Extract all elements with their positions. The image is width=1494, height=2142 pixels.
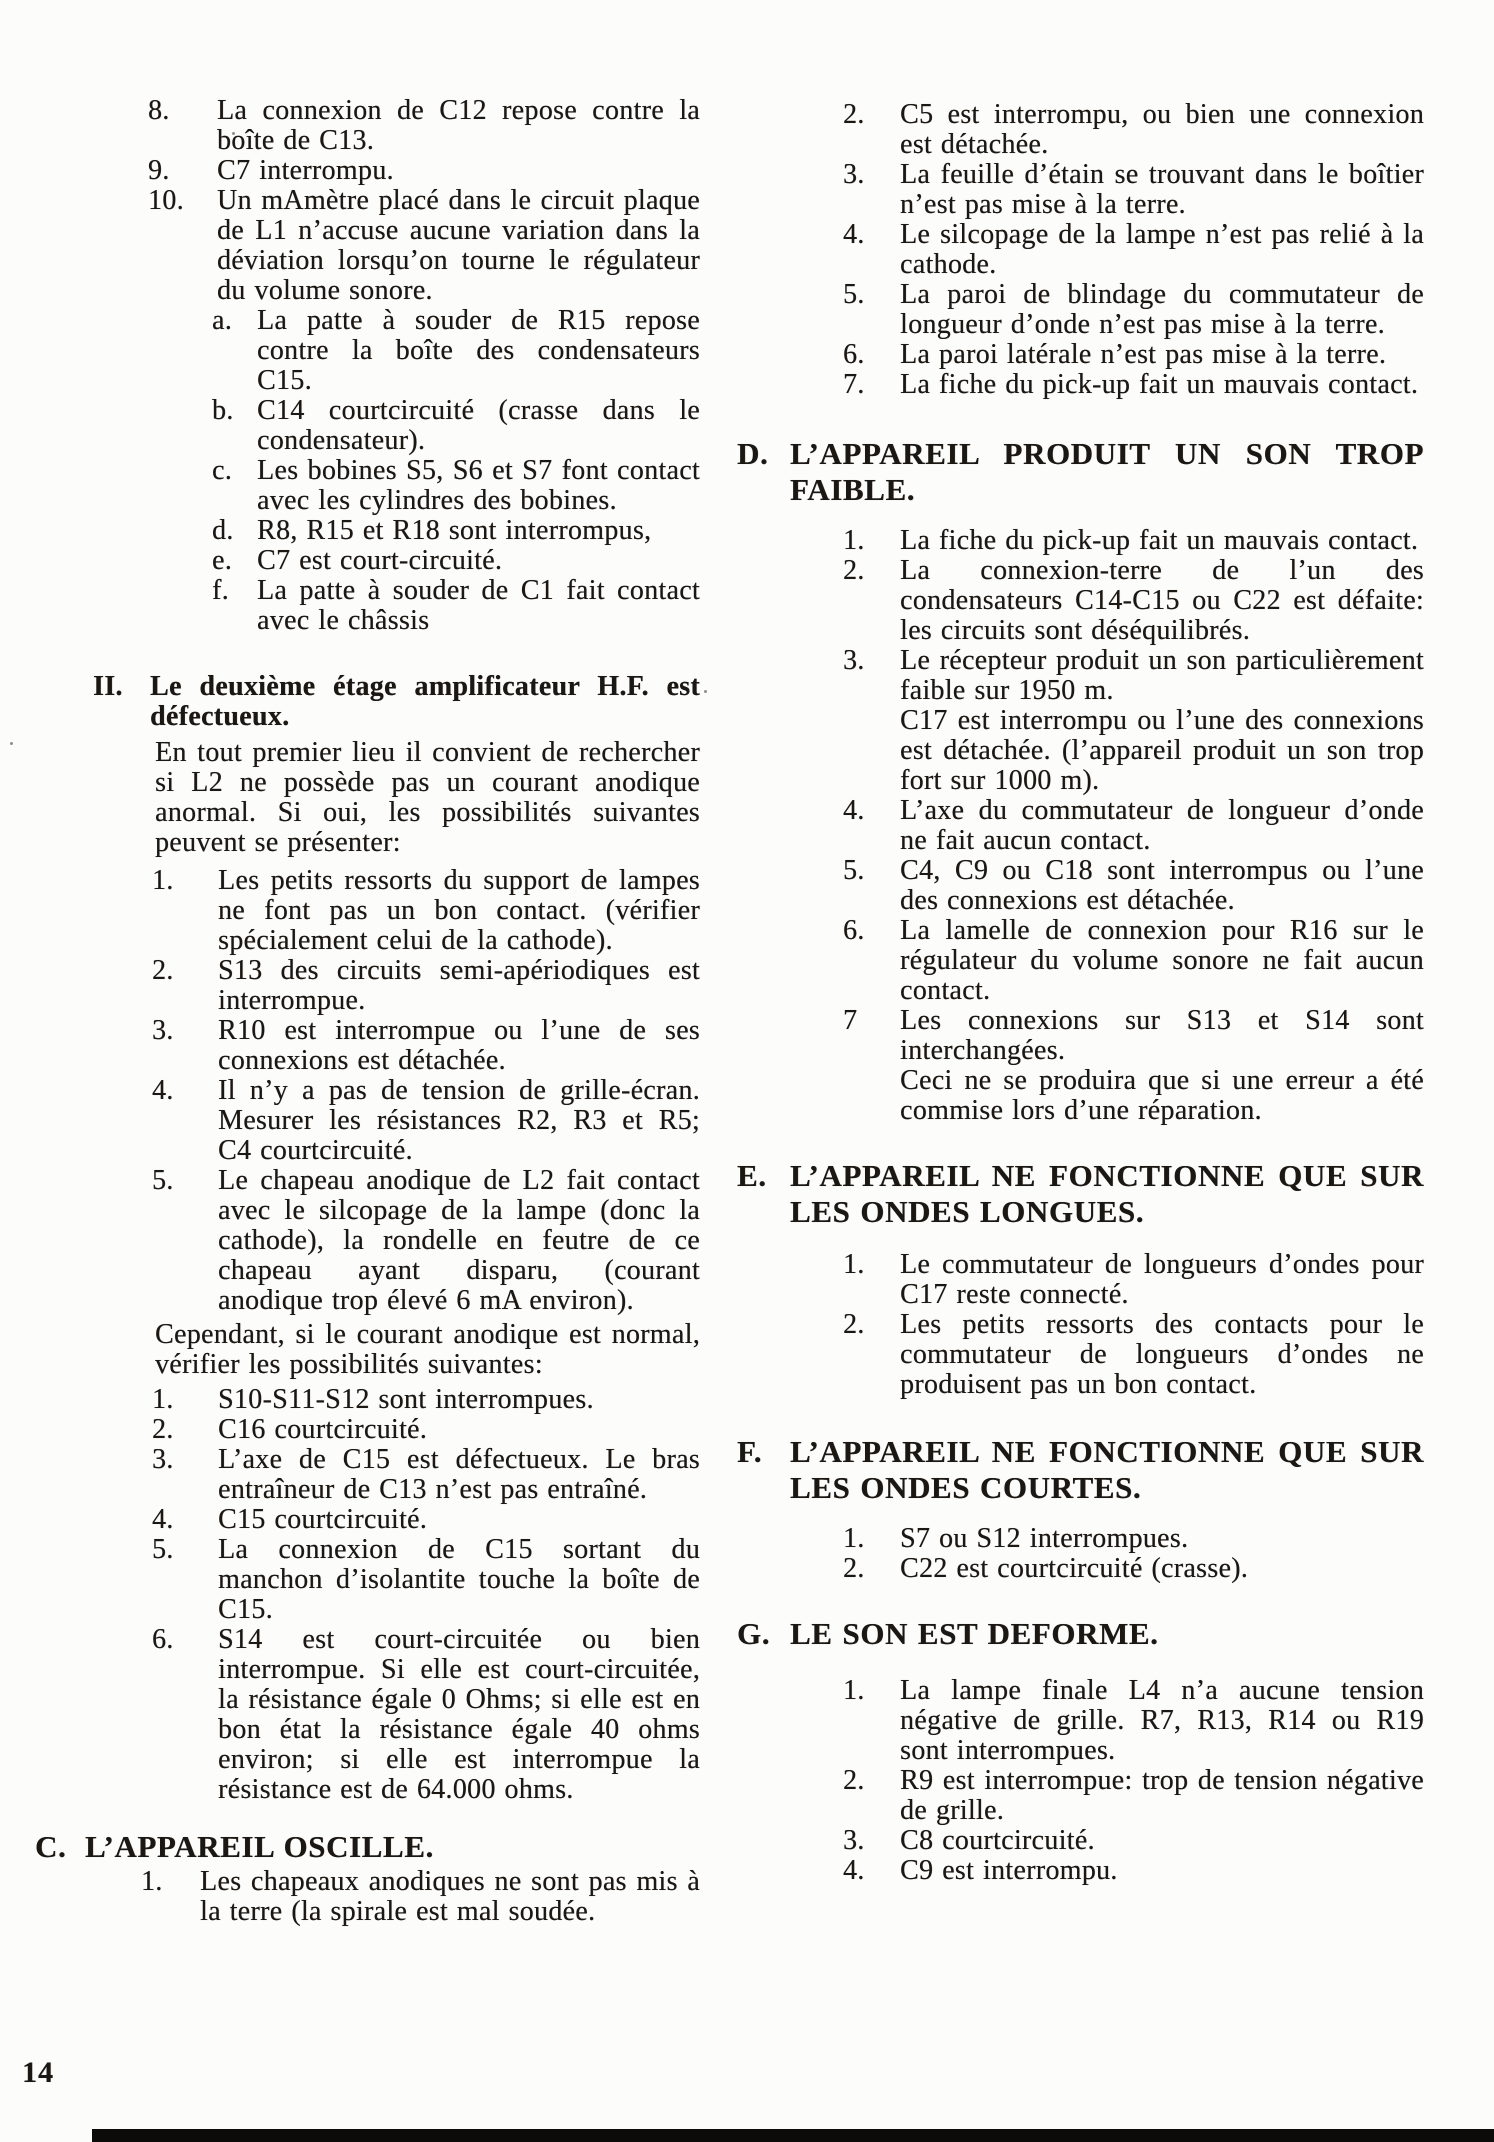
sub-list-item: d. R8, R15 et R18 sont interrompus, (30, 516, 700, 546)
list-item: 2. Les petits ressorts des contacts pour… (737, 1310, 1424, 1400)
item-text: R10 est interrompue ou l’une de ses conn… (218, 1016, 700, 1076)
list-item: 9. C7 interrompu. (30, 156, 700, 186)
item-number: 2. (843, 100, 865, 130)
item-text: C22 est courtcircuité (crasse). (900, 1554, 1424, 1584)
item-number: 1. (843, 1676, 865, 1706)
item-number: 2. (152, 956, 174, 986)
list-item: 6. La paroi latérale n’est pas mise à la… (737, 340, 1424, 370)
item-number: 6. (843, 916, 865, 946)
item-number: 5. (843, 856, 865, 886)
item-text: Le récepteur produit un son particulière… (900, 646, 1424, 706)
item-text: C7 interrompu. (217, 156, 700, 186)
item-letter: b. (212, 396, 234, 426)
section-heading-C: C. L’APPAREIL OSCILLE. (30, 1829, 700, 1865)
item-text: S13 des circuits semi-apériodiques est i… (218, 956, 700, 1016)
right-column: 2. C5 est interrompu, ou bien une connex… (737, 100, 1424, 1886)
item-text: S7 ou S12 interrompues. (900, 1524, 1424, 1554)
item-text: S14 est court-circuitée ou bien interrom… (218, 1625, 700, 1805)
item-number: 1. (152, 1385, 174, 1415)
item-number: 6. (843, 340, 865, 370)
list-item: 2. S13 des circuits semi-apériodiques es… (30, 956, 700, 1016)
item-text: La lampe finale L4 n’a aucune tension né… (900, 1676, 1424, 1766)
item-number: 2. (843, 556, 865, 586)
list-item: 7. La fiche du pick-up fait un mauvais c… (737, 370, 1424, 400)
scan-speck (704, 690, 707, 693)
item-text: C15 courtcircuité. (218, 1505, 700, 1535)
list-item: 7 Les connexions sur S13 et S14 sont int… (737, 1006, 1424, 1126)
item-text: Un mAmètre placé dans le circuit plaque … (217, 186, 700, 306)
section-numeral: II. (93, 672, 123, 702)
page-number: 14 (22, 2056, 54, 2090)
scan-speck (10, 742, 13, 745)
section-heading-G: G. LE SON EST DEFORME. (737, 1616, 1424, 1652)
item-text: La patte à souder de R15 repose contre l… (257, 306, 700, 396)
item-note: Ceci ne se produira que si une erreur a … (900, 1066, 1424, 1126)
item-text: La paroi latérale n’est pas mise à la te… (900, 340, 1424, 370)
section-heading-text: LE SON EST DEFORME. (790, 1616, 1424, 1652)
item-text: La feuille d’étain se trouvant dans le b… (900, 160, 1424, 220)
list-item: 5. Le chapeau anodique de L2 fait contac… (30, 1166, 700, 1316)
list-item: 2. C22 est courtcircuité (crasse). (737, 1554, 1424, 1584)
item-letter: c. (212, 456, 232, 486)
item-text: Les petits ressorts des contacts pour le… (900, 1310, 1424, 1400)
list-item: 5. C4, C9 ou C18 sont interrompus ou l’u… (737, 856, 1424, 916)
list-item: 5. La paroi de blindage du commutateur d… (737, 280, 1424, 340)
item-number: 3. (843, 160, 865, 190)
item-number: 10. (148, 186, 184, 216)
list-item: 8. La connexion de C12 repose contre la … (30, 96, 700, 156)
section-heading-text: L’APPAREIL NE FONCTIONNE QUE SUR LES OND… (790, 1434, 1424, 1506)
list-item: 5. La connexion de C15 sortant du mancho… (30, 1535, 700, 1625)
item-number: 3. (152, 1445, 174, 1475)
list-item: 6. S14 est court-circuitée ou bien inter… (30, 1625, 700, 1805)
numbered-list: 1. Les petits ressorts du support de lam… (30, 866, 700, 1316)
item-number: 4. (843, 796, 865, 826)
item-number: 1. (152, 866, 174, 896)
item-text: C4, C9 ou C18 sont interrompus ou l’une … (900, 856, 1424, 916)
item-number: 8. (148, 96, 170, 126)
list-item: 2. C5 est interrompu, ou bien une connex… (737, 100, 1424, 160)
item-number: 2. (843, 1766, 865, 1796)
list-item: 4. C9 est interrompu. (737, 1856, 1424, 1886)
item-number: 2. (843, 1554, 865, 1584)
item-text: C16 courtcircuité. (218, 1415, 700, 1445)
scan-speck (1210, 120, 1213, 123)
item-text: La connexion de C15 sortant du manchon d… (218, 1535, 700, 1625)
list-item: 1. La lampe finale L4 n’a aucune tension… (737, 1676, 1424, 1766)
item-text: Les connexions sur S13 et S14 sont inter… (900, 1006, 1424, 1066)
item-text: La lamelle de connexion pour R16 sur le … (900, 916, 1424, 1006)
item-text: C8 courtcircuité. (900, 1826, 1424, 1856)
item-number: 7 (843, 1006, 857, 1036)
item-number: 7. (843, 370, 865, 400)
item-letter: f. (212, 576, 229, 606)
item-number: 1. (141, 1867, 163, 1897)
item-text: R9 est interrompue: trop de tension néga… (900, 1766, 1424, 1826)
section-heading-D: D. L’APPAREIL PRODUIT UN SON TROP FAIBLE… (737, 436, 1424, 508)
section-heading-text: L’APPAREIL OSCILLE. (85, 1829, 700, 1865)
section-heading-II: II. Le deuxième étage amplificateur H.F.… (30, 672, 700, 732)
sub-list-item: f. La patte à souder de C1 fait contact … (30, 576, 700, 636)
numbered-list: 1. S10-S11-S12 sont interrompues. 2. C16… (30, 1385, 700, 1805)
item-number: 4. (843, 220, 865, 250)
list-item: 1. Les petits ressorts du support de lam… (30, 866, 700, 956)
item-number: 5. (843, 280, 865, 310)
item-number: 5. (152, 1535, 174, 1565)
item-text: La fiche du pick-up fait un mauvais cont… (900, 370, 1424, 400)
section-heading-text: L’APPAREIL PRODUIT UN SON TROP FAIBLE. (790, 436, 1424, 508)
section-letter: F. (737, 1434, 762, 1470)
item-text: L’axe du commutateur de longueur d’onde … (900, 796, 1424, 856)
item-number: 1. (843, 526, 865, 556)
item-letter: a. (212, 306, 232, 336)
item-number: 4. (843, 1856, 865, 1886)
item-number: 1. (843, 1524, 865, 1554)
list-item: 1. Le commutateur de longueurs d’ondes p… (737, 1250, 1424, 1310)
list-item: 3. Le récepteur produit un son particuli… (737, 646, 1424, 796)
sub-list-item: e. C7 est court-circuité. (30, 546, 700, 576)
section-letter: C. (35, 1829, 66, 1865)
scanned-manual-page: 8. La connexion de C12 repose contre la … (0, 0, 1494, 2142)
item-text: Le chapeau anodique de L2 fait contact a… (218, 1166, 700, 1316)
item-number: 5. (152, 1166, 174, 1196)
numbered-list: 1. Le commutateur de longueurs d’ondes p… (737, 1250, 1424, 1400)
section-intro-paragraph: En tout premier lieu il convient de rech… (155, 738, 700, 858)
item-text: Les petits ressorts du support de lampes… (218, 866, 700, 956)
section-letter: E. (737, 1158, 767, 1194)
list-item: 2. C16 courtcircuité. (30, 1415, 700, 1445)
item-number: 3. (843, 646, 865, 676)
section-heading-E: E. L’APPAREIL NE FONCTIONNE QUE SUR LES … (737, 1158, 1424, 1230)
scan-speck (232, 132, 235, 135)
scan-speck (437, 1186, 440, 1189)
item-number: 9. (148, 156, 170, 186)
list-item: 6. La lamelle de connexion pour R16 sur … (737, 916, 1424, 1006)
item-text: Les bobines S5, S6 et S7 font contact av… (257, 456, 700, 516)
item-text: S10-S11-S12 sont interrompues. (218, 1385, 700, 1415)
sub-list-item: a. La patte à souder de R15 repose contr… (30, 306, 700, 396)
sub-list-item: b. C14 courtcircuité (crasse dans le con… (30, 396, 700, 456)
list-item: 1. Les chapeaux anodiques ne sont pas mi… (30, 1867, 700, 1927)
item-text: La paroi de blindage du commutateur de l… (900, 280, 1424, 340)
list-item: 1. La fiche du pick-up fait un mauvais c… (737, 526, 1424, 556)
numbered-list: 1. Les chapeaux anodiques ne sont pas mi… (30, 1867, 700, 1927)
section-letter: D. (737, 436, 768, 472)
left-column: 8. La connexion de C12 repose contre la … (30, 96, 700, 1927)
list-item: 3. R10 est interrompue ou l’une de ses c… (30, 1016, 700, 1076)
item-letter: d. (212, 516, 234, 546)
section-heading-text: L’APPAREIL NE FONCTIONNE QUE SUR LES OND… (790, 1158, 1424, 1230)
list-item: 1. S7 ou S12 interrompues. (737, 1524, 1424, 1554)
numbered-list: 1. La fiche du pick-up fait un mauvais c… (737, 526, 1424, 1126)
item-text: C5 est interrompu, ou bien une connexion… (900, 100, 1424, 160)
list-item: 4. Il n’y a pas de tension de grille-écr… (30, 1076, 700, 1166)
item-text: C7 est court-circuité. (257, 546, 700, 576)
list-item: 10. Un mAmètre placé dans le circuit pla… (30, 186, 700, 306)
item-number: 2. (152, 1415, 174, 1445)
scan-speck (567, 466, 571, 470)
list-item: 2. La connexion-terre de l’un des conden… (737, 556, 1424, 646)
section-heading-text: Le deuxième étage amplificateur H.F. est… (150, 672, 700, 732)
item-text: Il n’y a pas de tension de grille-écran.… (218, 1076, 700, 1166)
list-item: 3. C8 courtcircuité. (737, 1826, 1424, 1856)
item-number: 3. (152, 1016, 174, 1046)
item-text: L’axe de C15 est défectueux. Le bras ent… (218, 1445, 700, 1505)
item-text: La fiche du pick-up fait un mauvais cont… (900, 526, 1424, 556)
item-number: 4. (152, 1076, 174, 1106)
item-text: C14 courtcircuité (crasse dans le conden… (257, 396, 700, 456)
list-item: 4. L’axe du commutateur de longueur d’on… (737, 796, 1424, 856)
list-item: 2. R9 est interrompue: trop de tension n… (737, 1766, 1424, 1826)
scan-edge-bar (92, 2129, 1494, 2142)
section-heading-F: F. L’APPAREIL NE FONCTIONNE QUE SUR LES … (737, 1434, 1424, 1506)
numbered-list: 1. La lampe finale L4 n’a aucune tension… (737, 1676, 1424, 1886)
item-text: C9 est interrompu. (900, 1856, 1424, 1886)
item-text: La patte à souder de C1 fait contact ave… (257, 576, 700, 636)
item-text: Le silcopage de la lampe n’est pas relié… (900, 220, 1424, 280)
section-middle-paragraph: Cependant, si le courant anodique est no… (155, 1320, 700, 1380)
list-item: 4. Le silcopage de la lampe n’est pas re… (737, 220, 1424, 280)
sub-list-item: c. Les bobines S5, S6 et S7 font contact… (30, 456, 700, 516)
item-note: C17 est interrompu ou l’une des connexio… (900, 706, 1424, 796)
list-item: 1. S10-S11-S12 sont interrompues. (30, 1385, 700, 1415)
list-item: 3. La feuille d’étain se trouvant dans l… (737, 160, 1424, 220)
numbered-list: 1. S7 ou S12 interrompues. 2. C22 est co… (737, 1524, 1424, 1584)
item-text: La connexion de C12 repose contre la boî… (217, 96, 700, 156)
item-text: R8, R15 et R18 sont interrompus, (257, 516, 700, 546)
item-letter: e. (212, 546, 232, 576)
list-item: 4. C15 courtcircuité. (30, 1505, 700, 1535)
item-number: 3. (843, 1826, 865, 1856)
item-text: Le commutateur de longueurs d’ondes pour… (900, 1250, 1424, 1310)
item-text: La connexion-terre de l’un des condensat… (900, 556, 1424, 646)
section-letter: G. (737, 1616, 770, 1652)
item-text: Les chapeaux anodiques ne sont pas mis à… (200, 1867, 700, 1927)
item-number: 1. (843, 1250, 865, 1280)
item-number: 2. (843, 1310, 865, 1340)
list-item: 3. L’axe de C15 est défectueux. Le bras … (30, 1445, 700, 1505)
item-number: 4. (152, 1505, 174, 1535)
item-number: 6. (152, 1625, 174, 1655)
